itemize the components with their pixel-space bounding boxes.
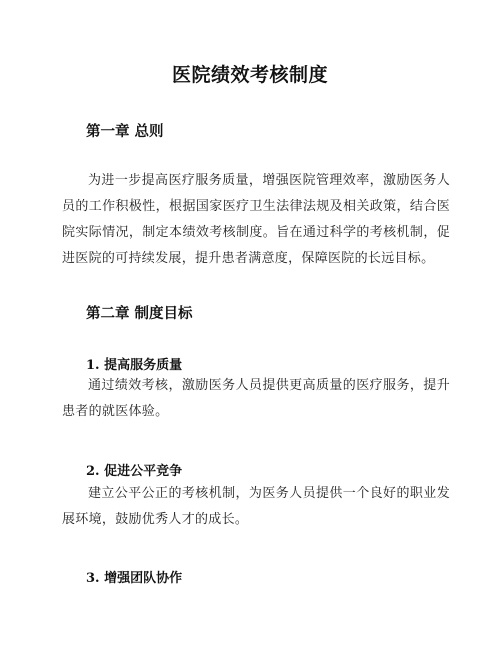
chapter-2-heading: 第二章 制度目标 — [86, 302, 193, 323]
document-page: 医院绩效考核制度 第一章 总则 为进一步提高医疗服务质量，增强医院管理效率，激励… — [0, 0, 500, 647]
goal-2-paragraph: 建立公平公正的考核机制，为医务人员提供一个良好的职业发展环境，鼓励优秀人才的成长… — [62, 481, 450, 533]
document-title: 医院绩效考核制度 — [0, 60, 500, 87]
goal-1-paragraph: 通过绩效考核，激励医务人员提供更高质量的医疗服务，提升患者的就医体验。 — [62, 373, 450, 425]
goal-1-heading: 1. 提高服务质量 — [86, 354, 182, 373]
goal-3-heading: 3. 增强团队协作 — [86, 567, 182, 586]
goal-2-heading: 2. 促进公平竞争 — [86, 460, 182, 479]
chapter-1-paragraph: 为进一步提高医疗服务质量，增强医院管理效率，激励医务人员的工作积极性，根据国家医… — [62, 168, 450, 272]
chapter-1-heading: 第一章 总则 — [86, 120, 164, 141]
